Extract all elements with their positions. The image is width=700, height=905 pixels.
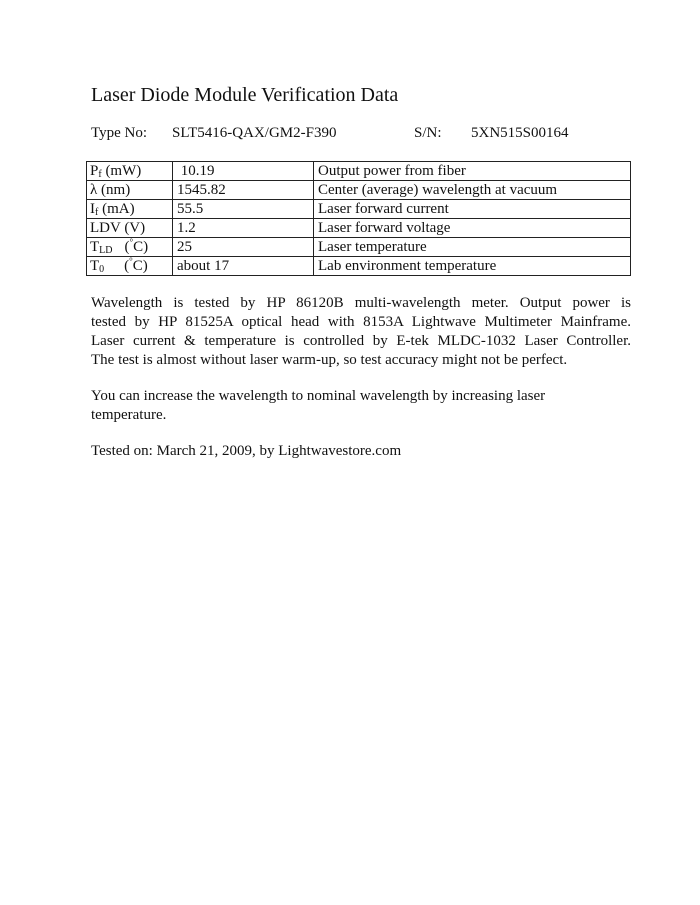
type-number-label: Type No: bbox=[91, 124, 147, 142]
serial-number-value: 5XN515S00164 bbox=[471, 124, 569, 142]
param-unit: (V) bbox=[121, 220, 146, 236]
table-row: If (mA) 55.5 Laser forward current bbox=[87, 200, 631, 219]
type-number-value: SLT5416-QAX/GM2-F390 bbox=[172, 124, 336, 142]
description-cell: Laser temperature bbox=[314, 238, 631, 257]
description-cell: Laser forward current bbox=[314, 200, 631, 219]
description-cell: Lab environment temperature bbox=[314, 257, 631, 276]
param-cell: Pf (mW) bbox=[87, 162, 173, 181]
description-cell: Output power from fiber bbox=[314, 162, 631, 181]
value-cell: about 17 bbox=[173, 257, 314, 276]
value-cell: 1545.82 bbox=[173, 181, 314, 200]
value-cell: 55.5 bbox=[173, 200, 314, 219]
spec-table: Pf (mW) 10.19 Output power from fiber λ … bbox=[86, 161, 631, 276]
param-unit: (mW) bbox=[102, 163, 142, 179]
param-cell: λ (nm) bbox=[87, 181, 173, 200]
value-cell: 25 bbox=[173, 238, 314, 257]
serial-number-label: S/N: bbox=[414, 124, 442, 142]
paragraph-line: tested by HP 81525A optical head with 81… bbox=[91, 313, 631, 332]
document-page: Laser Diode Module Verification Data Typ… bbox=[0, 0, 700, 905]
param-cell: T0(°C) bbox=[87, 257, 173, 276]
table-row: T0(°C) about 17 Lab environment temperat… bbox=[87, 257, 631, 276]
param-cell: LDV (V) bbox=[87, 219, 173, 238]
description-cell: Center (average) wavelength at vacuum bbox=[314, 181, 631, 200]
table-row: TLD(°C) 25 Laser temperature bbox=[87, 238, 631, 257]
param-cell: TLD(°C) bbox=[87, 238, 173, 257]
value-cell: 10.19 bbox=[173, 162, 314, 181]
test-equipment-paragraph: Wavelength is tested by HP 86120B multi-… bbox=[91, 294, 631, 370]
table-row: Pf (mW) 10.19 Output power from fiber bbox=[87, 162, 631, 181]
param-symbol: LDV bbox=[90, 220, 121, 236]
paragraph-line: The test is almost without laser warm-up… bbox=[91, 351, 631, 370]
paragraph-line: Laser current & temperature is controlle… bbox=[91, 332, 631, 351]
description-cell: Laser forward voltage bbox=[314, 219, 631, 238]
param-subscript: 0 bbox=[99, 264, 104, 275]
param-unit: (nm) bbox=[97, 182, 130, 198]
param-unit: C) bbox=[133, 258, 148, 274]
table-row: λ (nm) 1545.82 Center (average) waveleng… bbox=[87, 181, 631, 200]
value-cell: 1.2 bbox=[173, 219, 314, 238]
param-subscript: LD bbox=[99, 245, 112, 256]
document-title: Laser Diode Module Verification Data bbox=[91, 83, 398, 107]
param-cell: If (mA) bbox=[87, 200, 173, 219]
table-row: LDV (V) 1.2 Laser forward voltage bbox=[87, 219, 631, 238]
param-symbol: T bbox=[90, 258, 99, 274]
paragraph-line: Wavelength is tested by HP 86120B multi-… bbox=[91, 294, 631, 313]
wavelength-note-paragraph: You can increase the wavelength to nomin… bbox=[91, 387, 591, 425]
param-symbol: T bbox=[90, 239, 99, 255]
param-unit: (mA) bbox=[98, 201, 134, 217]
tested-on-line: Tested on: March 21, 2009, by Lightwaves… bbox=[91, 442, 631, 461]
param-unit: C) bbox=[133, 239, 148, 255]
